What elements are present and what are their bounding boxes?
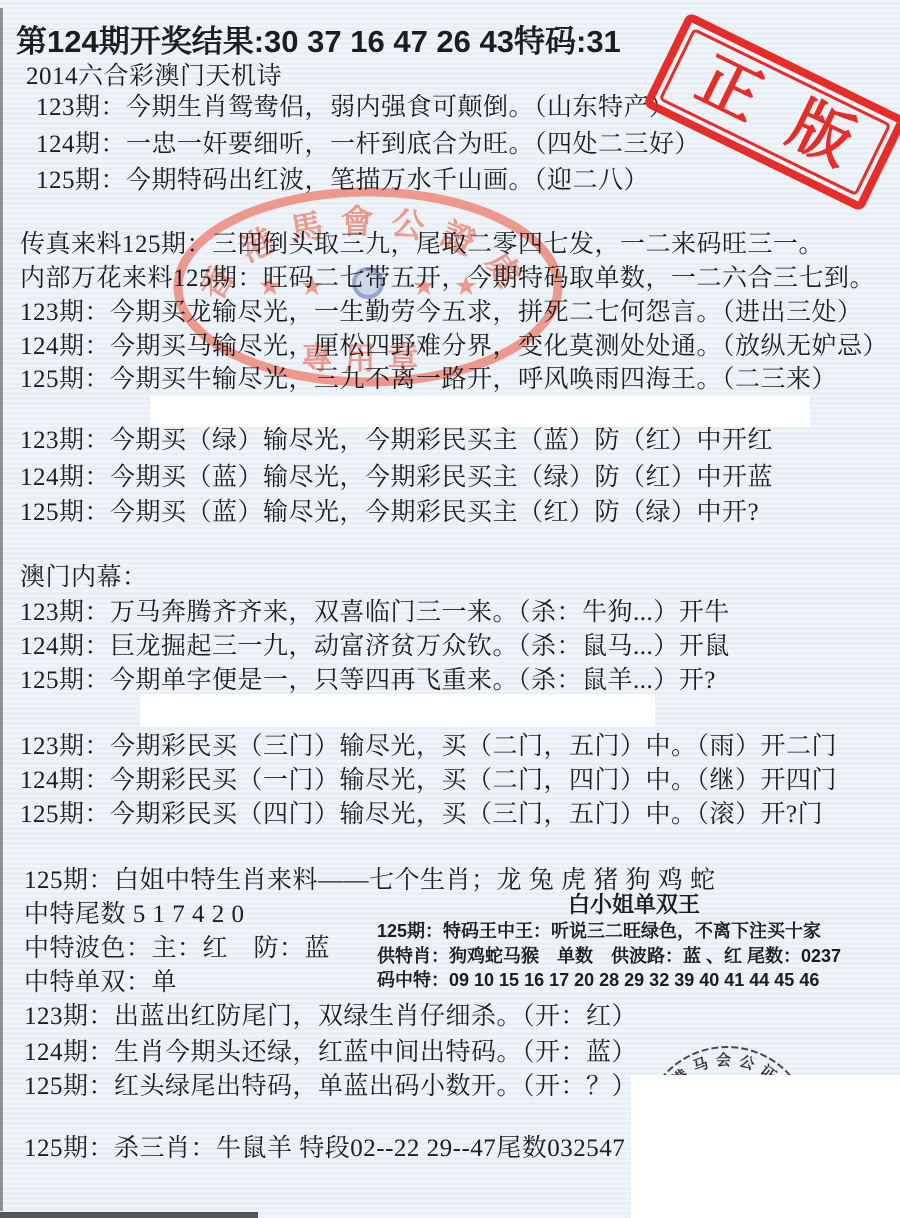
color-line: 124期：今期买（蓝）输尽光，今期彩民买主（绿）防（红）中开蓝 — [20, 465, 773, 490]
white-patch — [631, 1075, 900, 1218]
subtitle: 2014六合彩澳门天机诗 — [26, 64, 282, 89]
poem-line: 123期：今期生肖鸳鸯侣，弱内强食可颠倒。（山东特产） — [36, 95, 675, 120]
kaise-line: 125期：红头绿尾出特码，单蓝出码小数开。（开：？） — [24, 1074, 637, 1099]
color-line: 123期：今期买（绿）输尽光，今期彩民买主（蓝）防（红）中开红 — [20, 428, 773, 453]
baixiaojie-line: 码中特：09 10 15 16 17 20 28 29 32 39 40 41 … — [377, 971, 819, 989]
kaise-line: 124期：生肖今期头还绿，红蓝中间出特码。（开：蓝） — [24, 1040, 637, 1065]
poem-line: 124期：一忠一奸要细听，一杆到底合为旺。（四处二三好） — [36, 132, 700, 157]
fax-line: 125期：今期买牛输尽光，三九不离一路开，呼风唤雨四海王。（二三来） — [20, 367, 837, 392]
neimu-line: 123期：万马奔腾齐齐来，双喜临门三一来。（杀：牛狗...）开牛 — [20, 600, 730, 625]
baixiaojie-line: 125期：特码王中王：听说三二旺绿色，不离下注买十家 — [377, 922, 821, 940]
zhengban-stamp: 正版 — [643, 12, 900, 212]
baixiaojie-line: 供特肖：狗鸡蛇马猴 单数 供波路：蓝 、红 尾数：0237 — [377, 947, 841, 965]
poem-line: 125期：今期特码出红波，笔描万水千山画。（迎二八） — [36, 168, 649, 193]
neimu-line: 124期：巨龙掘起三一九，动富济贫万众钦。（杀：鼠马...）开鼠 — [20, 634, 730, 659]
scanned-lottery-sheet: 香港馬會公證處 ★ ★ ★ ★ 專用章 港马会公证 第124期开奖结果:30 3… — [0, 0, 900, 1218]
section-heading: 澳门内幕： — [20, 565, 148, 590]
kaise-line: 123期：出蓝出红防尾门，双绿生肖仔细杀。（开：红） — [24, 1004, 637, 1029]
baijie-line: 中特尾数 5 1 7 4 2 0 — [24, 902, 245, 927]
fax-line: 内部万花来料125期：旺码二七带五开，今期特码取单数，一二六合三七到。 — [20, 266, 875, 291]
page-title: 第124期开奖结果:30 37 16 47 26 43特码:31 — [16, 26, 621, 57]
door-line: 124期：今期彩民买（一门）输尽光，买（二门，四门）中。（继）开四门 — [20, 768, 837, 793]
white-patch — [140, 694, 655, 727]
door-line: 125期：今期彩民买（四门）输尽光，买（三门，五门）中。（滚）开?门 — [20, 802, 823, 827]
zhengban-stamp-text: 正版 — [688, 48, 899, 193]
shasanxiao-line: 125期：杀三肖：牛鼠羊 特段02--22 29--47尾数032547 — [24, 1136, 625, 1161]
baijie-line: 中特波色：主：红 防：蓝 — [24, 936, 330, 961]
neimu-line: 125期：今期单字便是一，只等四再飞重来。（杀：鼠羊...）开? — [20, 668, 716, 693]
fax-line: 传真来料125期：三四倒头取三九，尾取二零四七发，一二来码旺三一。 — [20, 232, 824, 257]
baixiaojie-title: 白小姐单双王 — [568, 894, 700, 916]
door-line: 123期：今期彩民买（三门）输尽光，买（二门，五门）中。（雨）开二门 — [20, 734, 837, 759]
color-line: 125期：今期买（蓝）输尽光，今期彩民买主（红）防（绿）中开? — [20, 500, 759, 525]
fax-line: 124期：今期买马输尽光，厘松四野难分界，变化莫测处处通。（放纵无妒忌） — [20, 334, 888, 359]
white-patch — [150, 396, 810, 427]
baijie-line: 125期：白姐中特生肖来料——七个生肖；龙 兔 虎 猪 狗 鸡 蛇 — [24, 868, 716, 893]
baijie-line: 中特单双：单 — [24, 970, 177, 995]
scan-edge-bottom — [0, 1212, 258, 1218]
scan-edge-left — [0, 8, 3, 1211]
zhengban-stamp-inner-border: 正版 — [659, 28, 892, 196]
fax-line: 123期：今期买龙输尽光，一生勤劳今五求，拼死二七何怨言。（进出三处） — [20, 300, 863, 325]
